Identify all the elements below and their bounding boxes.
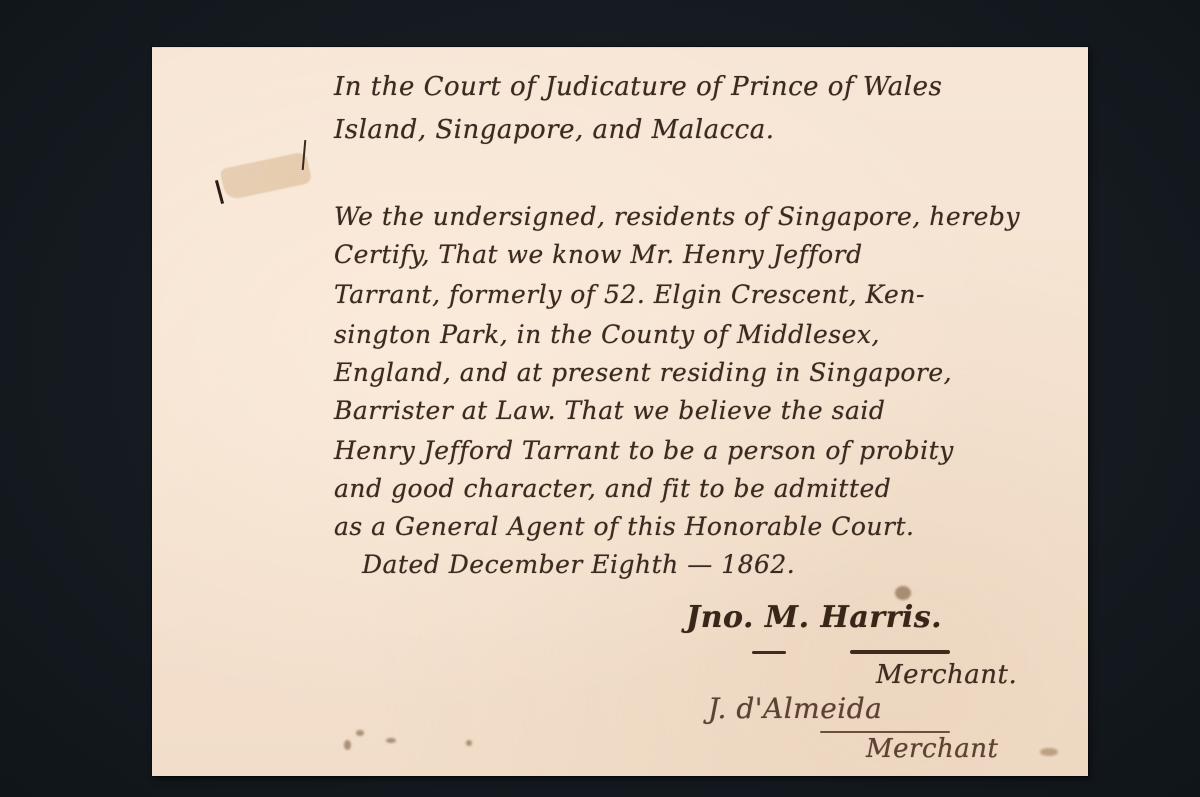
signature-flourish [820,731,950,733]
stain-mark [386,738,396,743]
stain-mark [1040,748,1058,756]
body-line-1: We the undersigned, residents of Singapo… [334,202,1020,231]
ink-blot [895,586,911,600]
body-line-8: and good character, and fit to be admitt… [334,474,891,503]
signature-underline [850,650,950,654]
signature-flourish [752,651,786,654]
stain-mark [356,730,364,736]
dated-line: Dated December Eighth — 1862. [362,550,795,579]
stain-mark [466,740,472,746]
body-line-2: Certify, That we know Mr. Henry Jefford [334,240,863,269]
heading-line-1: In the Court of Judicature of Prince of … [334,72,942,102]
signature-1-role: Merchant. [876,660,1017,690]
body-line-7: Henry Jefford Tarrant to be a person of … [334,436,954,465]
body-line-9: as a General Agent of this Honorable Cou… [334,512,914,541]
body-line-4: sington Park, in the County of Middlesex… [334,320,880,349]
body-line-5: England, and at present residing in Sing… [334,358,952,387]
body-line-6: Barrister at Law. That we believe the sa… [334,396,885,425]
heading-line-2: Island, Singapore, and Malacca. [334,115,775,145]
signature-1-name: Jno. M. Harris. [686,600,942,635]
body-line-3: Tarrant, formerly of 52. Elgin Crescent,… [334,280,925,309]
signature-2-name: J. d'Almeida [708,692,882,725]
signature-2-role: Merchant [866,734,998,764]
stain-mark [344,740,351,750]
